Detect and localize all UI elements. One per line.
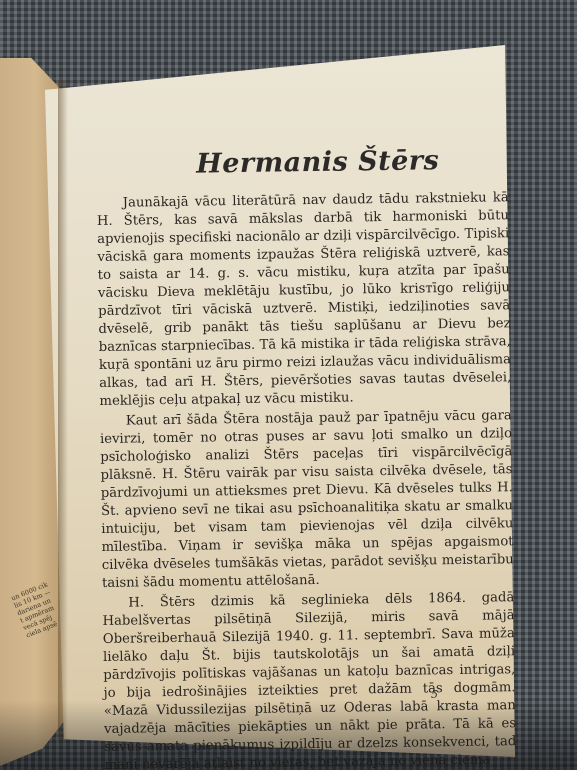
background-shadow <box>0 700 577 770</box>
paragraph-1: Jaunākajā vācu literātūrā nav daudz tādu… <box>97 189 512 411</box>
page-content: Hermanis Štērs Jaunākajā vācu literātūrā… <box>96 144 517 770</box>
chapter-title: Hermanis Štērs <box>196 144 508 179</box>
paragraph-2: Kaut arī šāda Štēra nostāja pauž par īpa… <box>100 407 514 593</box>
book-gutter <box>58 80 68 740</box>
